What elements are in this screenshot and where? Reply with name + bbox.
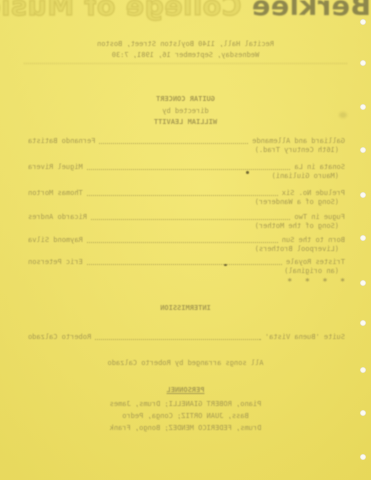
binder-hole <box>360 454 366 460</box>
personnel-line: Bass, JUAN ORTIZ; Conga, Pedro <box>0 412 371 421</box>
piece-title: Fugue in Two <box>294 213 345 222</box>
program-row: Sonata in LaMiguel Rivera (Mauro Giulian… <box>28 163 345 181</box>
piece-subtitle: (an original) <box>28 267 345 276</box>
performer-name: Ricardo Andres <box>28 213 87 222</box>
piece-subtitle: (Song of a Wanderer) <box>28 198 345 207</box>
dotted-leader <box>87 195 278 196</box>
binder-hole <box>360 104 366 110</box>
performer-name: Fernando Batista <box>28 137 95 146</box>
asterisk-separator: * * * * <box>283 277 345 286</box>
intermission-heading: INTERMISSION <box>0 304 371 313</box>
arranger-note: All songs arranged by Roberto Calzado <box>0 359 371 368</box>
program-row: Born to the SunRaymond Silva (Liverpool … <box>28 236 345 254</box>
piece-title: Galliard and Allemande <box>252 137 345 146</box>
scanned-program-page: Berklee College of Music Recital Hall, 1… <box>0 0 371 480</box>
date-line: Wednesday, September 16, 1981, 7:30 <box>0 51 371 60</box>
binder-hole <box>360 280 366 286</box>
performer-name: Roberto Calzado <box>28 333 91 342</box>
program-row: Tristes RoyaleEric Peterson (an original… <box>28 258 345 276</box>
dotted-leader <box>87 169 291 170</box>
binder-hole <box>360 147 366 153</box>
binder-hole <box>360 235 366 241</box>
dotted-leader <box>95 339 261 340</box>
performer-name: Miguel Rivera <box>28 163 83 172</box>
piece-subtitle: (Liverpool Brothers) <box>28 245 345 254</box>
dotted-leader <box>87 264 282 265</box>
ink-speck <box>246 171 249 174</box>
binder-hole <box>360 19 366 25</box>
program-row: Fugue in TwoRicardo Andres (Song of the … <box>28 213 345 231</box>
piece-title: Suite 'Buena Vista' <box>265 333 345 342</box>
binder-hole <box>360 320 366 326</box>
dotted-leader <box>87 242 278 243</box>
piece-title: Sonata in La <box>294 163 345 172</box>
mirrored-text-layer: Recital Hall, 1140 Boylston Street, Bost… <box>0 0 371 480</box>
binder-hole <box>360 192 366 198</box>
program-title: GUITAR CONCERT <box>0 95 371 104</box>
binder-hole <box>360 367 366 373</box>
piece-subtitle: (Mauro Giuliani) <box>28 172 345 181</box>
director-name: WILLIAM LEAVITT <box>0 118 371 127</box>
ink-smudge <box>339 112 347 118</box>
directed-by-line: directed by <box>0 107 371 116</box>
performer-name: Eric Peterson <box>28 258 83 267</box>
ink-speck <box>224 264 227 266</box>
piece-title: Prelude No. Six <box>282 189 345 198</box>
program-row: Prelude No. SixThomas Morton (Song of a … <box>28 189 345 207</box>
performer-name: Thomas Morton <box>28 189 83 198</box>
piece-title: Tristes Royale <box>286 258 345 267</box>
piece-subtitle: (Song of the Mother) <box>28 222 345 231</box>
binder-hole <box>360 410 366 416</box>
program-row: Galliard and AllemandeFernando Batista (… <box>28 137 345 155</box>
dotted-leader <box>91 219 290 220</box>
binder-hole <box>360 60 366 66</box>
venue-line: Recital Hall, 1140 Boylston Street, Bost… <box>0 40 371 49</box>
performer-name: Raymond Silva <box>28 236 83 245</box>
personnel-line: Drums, FEDERICO MENDEZ; Bongo, Frank <box>0 424 371 433</box>
personnel-heading: PERSONNEL <box>0 386 371 395</box>
dotted-leader <box>99 143 248 144</box>
personnel-line: Piano, ROBERT GIANELLI; Drums, James <box>0 400 371 409</box>
piece-title: Born to the Sun <box>282 236 345 245</box>
piece-subtitle: (16th Century Trad.) <box>28 146 345 155</box>
program-row: Suite 'Buena Vista'Roberto Calzado <box>28 333 345 342</box>
